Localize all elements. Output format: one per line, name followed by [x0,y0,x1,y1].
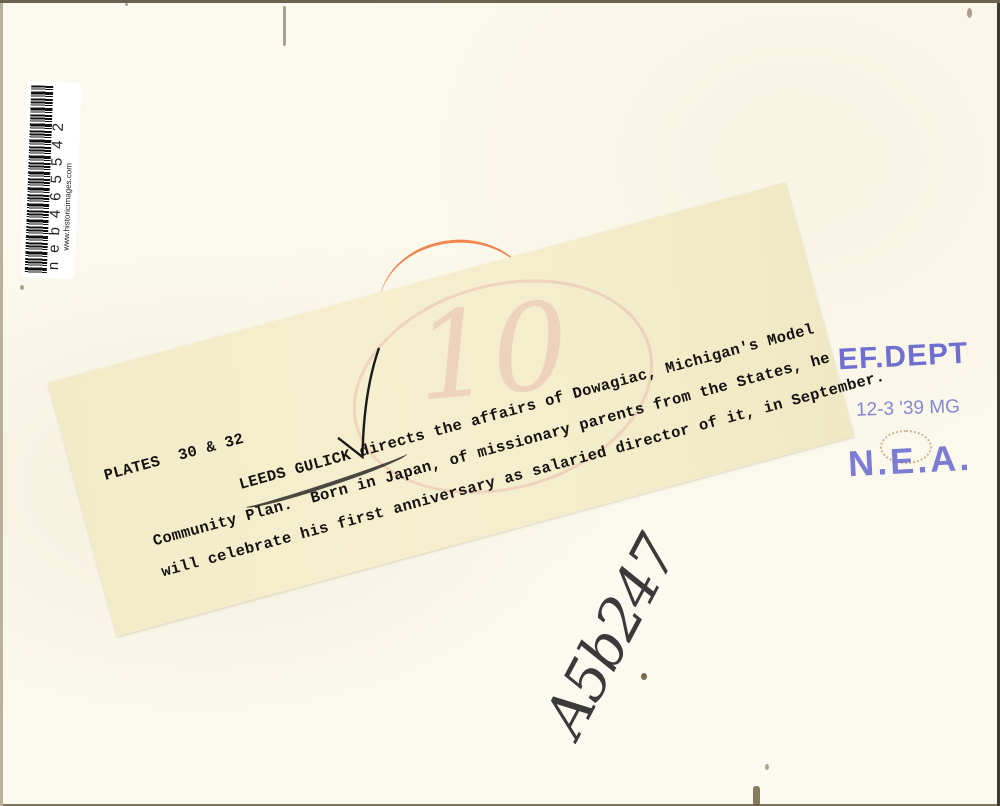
stamp-dept: EF.DEPT [837,337,969,378]
barcode-text: neb465542 www.historicimages.com [47,80,80,271]
speck [20,285,24,290]
speck [753,786,760,806]
speck [641,673,647,680]
speck [967,8,972,18]
handwritten-note-anchor: A5b247 [530,715,540,725]
speck [125,3,128,6]
stamp-date: 12-3 '39 MG [856,396,961,422]
barcode-sticker: neb465542 www.historicimages.com [21,81,82,279]
crease-mark [283,6,286,46]
speck [765,764,769,770]
plates-header: PLATES 30 & 32 [102,430,246,485]
stamp-agency: N.E.A. [847,437,973,485]
